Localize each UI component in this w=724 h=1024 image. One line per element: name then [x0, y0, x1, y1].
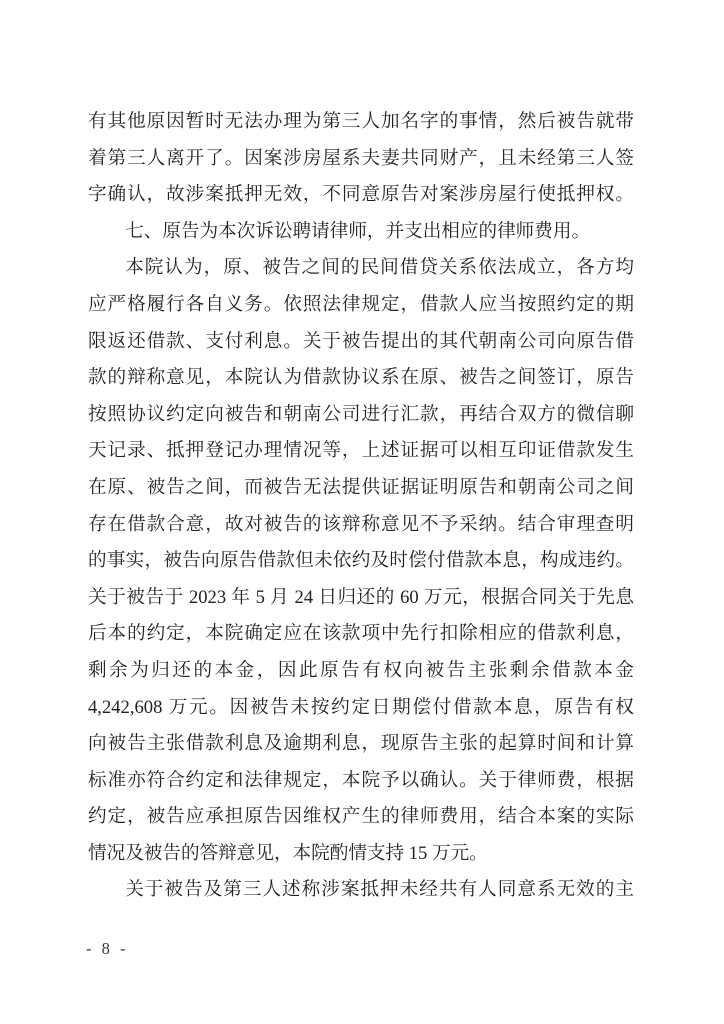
text-line: 按照协议约定向被告和朝南公司进行汇款，再结合双方的微信聊 — [88, 397, 634, 434]
text-line: 有其他原因暂时无法办理为第三人加名字的事情，然后被告就带 — [88, 104, 634, 141]
text-line: 款的辩称意见，本院认为借款协议系在原、被告之间签订，原告 — [88, 360, 634, 397]
text-line: 后本的约定，本院确定应在该款项中先行扣除相应的借款利息， — [88, 616, 634, 653]
text-line: 存在借款合意，故对被告的该辩称意见不予采纳。结合审理查明 — [88, 507, 634, 544]
text-line: 七、原告为本次诉讼聘请律师，并支出相应的律师费用。 — [88, 214, 634, 251]
text-line: 在原、被告之间，而被告无法提供证据证明原告和朝南公司之间 — [88, 470, 634, 507]
text-line: 情况及被告的答辩意见，本院酌情支持 15 万元。 — [88, 836, 634, 873]
document-page: 有其他原因暂时无法办理为第三人加名字的事情，然后被告就带 着第三人离开了。因案涉… — [0, 0, 724, 1024]
text-line: 着第三人离开了。因案涉房屋系夫妻共同财产，且未经第三人签 — [88, 141, 634, 178]
text-line: 约定，被告应承担原告因维权产生的律师费用，结合本案的实际 — [88, 799, 634, 836]
text-line: 标准亦符合约定和法律规定，本院予以确认。关于律师费，根据 — [88, 763, 634, 800]
text-line: 应严格履行各自义务。依照法律规定，借款人应当按照约定的期 — [88, 287, 634, 324]
text-line: 限返还借款、支付利息。关于被告提出的其代朝南公司向原告借 — [88, 324, 634, 361]
text-line: 向被告主张借款利息及逾期利息，现原告主张的起算时间和计算 — [88, 726, 634, 763]
text-line: 本院认为，原、被告之间的民间借贷关系依法成立，各方均 — [88, 250, 634, 287]
text-line: 关于被告于 2023 年 5 月 24 日归还的 60 万元，根据合同关于先息 — [88, 580, 634, 617]
page-number: - 8 - — [86, 939, 129, 959]
text-line: 关于被告及第三人述称涉案抵押未经共有人同意系无效的主 — [88, 872, 634, 909]
text-line: 天记录、抵押登记办理情况等，上述证据可以相互印证借款发生 — [88, 433, 634, 470]
text-line: 剩余为归还的本金，因此原告有权向被告主张剩余借款本金 — [88, 653, 634, 690]
text-line: 的事实，被告向原告借款但未依约及时偿付借款本息，构成违约。 — [88, 543, 634, 580]
text-line: 字确认，故涉案抵押无效，不同意原告对案涉房屋行使抵押权。 — [88, 177, 634, 214]
text-line: 4,242,608 万元。因被告未按约定日期偿付借款本息，原告有权 — [88, 690, 634, 727]
document-body: 有其他原因暂时无法办理为第三人加名字的事情，然后被告就带 着第三人离开了。因案涉… — [88, 104, 634, 909]
